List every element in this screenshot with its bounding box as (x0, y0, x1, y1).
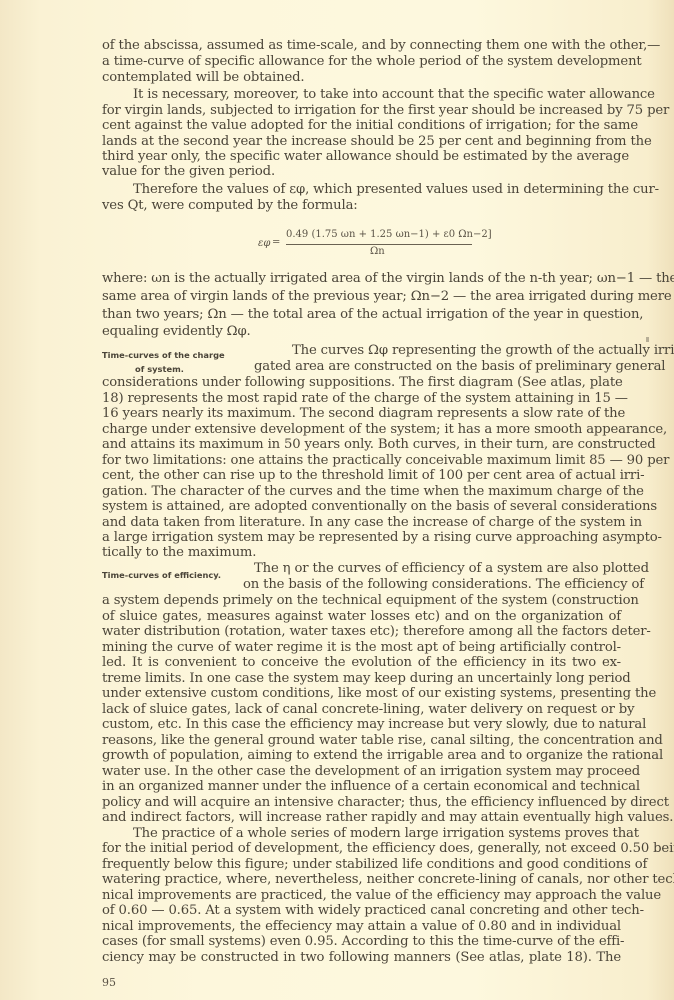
sidenote-efficiency: Time-curves of efficiency. (102, 570, 221, 580)
text-line: policy and will acquire an intensive cha… (102, 795, 621, 811)
text-line: It is necessary, moreover, to take into … (133, 87, 621, 103)
formula-lhs: εφ (258, 238, 270, 249)
text-line: and data taken from literature. In any c… (102, 515, 621, 531)
text-line: The curves Ωφ representing the growth of… (292, 343, 621, 359)
text-line: Therefore the values of εφ, which presen… (133, 182, 621, 198)
text-line: nical improvements, the effeciency may a… (102, 919, 621, 935)
text-line: system is attained, are adopted conventi… (102, 499, 621, 515)
text-line: on the basis of the following considerat… (243, 577, 621, 593)
text-line: than two years; Ωn — the total area of t… (102, 307, 621, 323)
text-line: treme limits. In one case the system may… (102, 671, 621, 687)
text-line: watering practice, where, nevertheless, … (102, 872, 621, 888)
text-line: 18) represents the most rapid rate of th… (102, 391, 621, 407)
text-line: The practice of a whole series of modern… (133, 826, 621, 842)
text-line: cent against the value adopted for the i… (102, 118, 621, 134)
text-line: frequently below this figure; under stab… (102, 857, 621, 873)
text-line: gated area are constructed on the basis … (254, 359, 621, 375)
text-line: a system depends primely on the technica… (102, 593, 621, 609)
sidenote-charge: Time-curves of the charge (102, 350, 225, 360)
text-line: custom, etc. In this case the efficiency… (102, 717, 621, 733)
text-line: 16 years nearly its maximum. The second … (102, 406, 621, 422)
formula-equals: = (272, 237, 280, 248)
text-line: for virgin lands, subjected to irrigatio… (102, 103, 621, 119)
text-line: where: ωn is the actually irrigated area… (102, 271, 621, 287)
formula-numerator: 0.49 (1.75 ωn + 1.25 ωn−1) + ε0 Ωn−2] (286, 229, 492, 240)
text-line: contemplated will be obtained. (102, 70, 621, 86)
text-line: in an organized manner under the influen… (102, 779, 621, 795)
text-line: lack of sluice gates, lack of canal conc… (102, 702, 621, 718)
text-line: a large irrigation system may be represe… (102, 530, 621, 546)
text-line: ves Qt, were computed by the formula: (102, 198, 621, 214)
sidenote-charge-cont: of system. (135, 364, 184, 374)
text-line: a time-curve of specific allowance for t… (102, 54, 621, 70)
text-line: mining the curve of water regime it is t… (102, 640, 621, 656)
text-line: growth of population, aiming to extend t… (102, 748, 621, 764)
text-line: third year only, the specific water allo… (102, 149, 621, 165)
text-line: charge under extensive development of th… (102, 422, 621, 438)
text-line: of sluice gates, measures against water … (102, 609, 621, 625)
formula: εφ = 0.49 (1.75 ωn + 1.25 ωn−1) + ε0 Ωn−… (258, 229, 478, 263)
text-line: for two limitations: one attains the pra… (102, 453, 621, 469)
text-line: cases (for small systems) even 0.95. Acc… (102, 934, 621, 950)
text-line: cent, the other can rise up to the thres… (102, 468, 621, 484)
text-line: equaling evidently Ωφ. (102, 324, 621, 340)
text-line: of the abscissa, assumed as time-scale, … (102, 38, 621, 54)
text-line: led. It is convenient to conceive the ev… (102, 655, 621, 671)
text-line: The η or the curves of efficiency of a s… (254, 561, 621, 577)
text-line: and indirect factors, will increase rath… (102, 810, 621, 826)
text-line: value for the given period. (102, 164, 621, 180)
text-line: of 0.60 — 0.65. At a system with widely … (102, 903, 621, 919)
text-line: and attains its maximum in 50 years only… (102, 437, 621, 453)
fraction-bar (286, 244, 472, 245)
page-number: 95 (102, 976, 116, 989)
document-page: of the abscissa, assumed as time-scale, … (0, 0, 674, 1000)
text-line: reasons, like the general ground water t… (102, 733, 621, 749)
text-line: water use. In the other case the develop… (102, 764, 621, 780)
text-line: water distribution (rotation, water taxe… (102, 624, 621, 640)
text-line: same area of virgin lands of the previou… (102, 289, 621, 305)
text-line: ciency may be constructed in two followi… (102, 950, 621, 966)
text-line: under extensive custom conditions, like … (102, 686, 621, 702)
text-line: for the initial period of development, t… (102, 841, 621, 857)
text-line: gation. The character of the curves and … (102, 484, 621, 500)
ink-speck (646, 337, 649, 342)
text-line: lands at the second year the increase sh… (102, 134, 621, 150)
text-line: considerations under following suppositi… (102, 375, 621, 391)
text-line: tically to the maximum. (102, 545, 621, 561)
formula-denominator: Ωn (370, 246, 385, 257)
text-line: nical improvements are practiced, the va… (102, 888, 621, 904)
